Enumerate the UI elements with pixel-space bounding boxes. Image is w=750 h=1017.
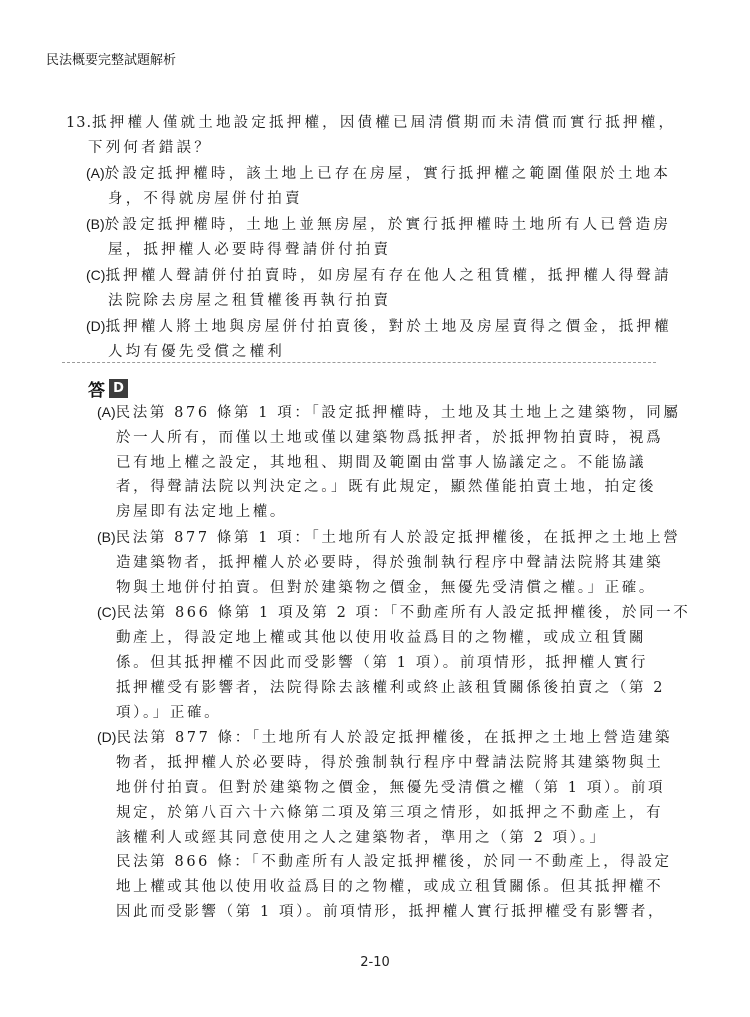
option-text: 於設定抵押權時，該土地上已存在房屋，實行抵押權之範圍僅限於土地本	[105, 166, 671, 182]
explanation: (A)民法第 876 條第 1 項：「設定抵押權時，土地及其土地上之建築物，同屬…	[97, 400, 657, 925]
explanation-line: 因此而受影響（第 1 項）。前項情形，抵押權人實行抵押權受有影響者，	[97, 900, 657, 925]
explanation-line: 已有地上權之設定，其地租、期間及範圍由當事人協議定之。不能協議	[97, 451, 657, 476]
explanation-line: 房屋即有法定地上權。	[97, 500, 657, 525]
explanation-line: 物與土地併付拍賣。但對於建築物之價金，無優先受清償之權。」正確。	[97, 576, 657, 601]
running-header-title: 民法概要完整試題解析	[46, 49, 176, 68]
explanation-label: (A)	[97, 404, 116, 420]
explanation-line: 規定，於第八百六十六條第二項及第三項之情形，如抵押之不動產上，有	[97, 801, 657, 826]
dashed-divider	[62, 362, 656, 363]
question-13: 13.抵押權人僅就土地設定抵押權，因債權已屆清償期而未清償而實行抵押權， 下列何…	[66, 111, 656, 365]
explanation-text: 民法第 877 條：「土地所有人於設定抵押權後，在抵押之土地上營造建築	[116, 730, 672, 746]
explanation-line: 地併付拍賣。但對於建築物之價金，無優先受清償之權（第 1 項）。前項	[97, 776, 657, 801]
explanation-line: 該權利人或經其同意使用之人之建築物者，準用之（第 2 項）。」	[97, 826, 657, 851]
explanation-line: 造建築物者，抵押權人於必要時，得於強制執行程序中聲請法院將其建築	[97, 551, 657, 576]
option-text: 於設定抵押權時，土地上並無房屋，於實行抵押權時土地所有人已營造房	[105, 217, 671, 233]
explanation-text: 民法第 877 條第 1 項：「土地所有人於設定抵押權後，在抵押之土地上營	[116, 530, 681, 546]
explanation-line: 者，得聲請法院以判決定之。」既有此規定，顯然僅能拍賣土地，拍定後	[97, 475, 657, 500]
explanation-item-b: (B)民法第 877 條第 1 項：「土地所有人於設定抵押權後，在抵押之土地上營	[97, 525, 657, 551]
question-stem-text: 抵押權人僅就土地設定抵押權，因債權已屆清償期而未清償而實行抵押權，	[92, 115, 676, 131]
question-stem-line: 13.抵押權人僅就土地設定抵押權，因債權已屆清償期而未清償而實行抵押權，	[66, 111, 656, 136]
option-d: (D)抵押權人將土地與房屋併付拍賣後，對於土地及房屋賣得之價金，抵押權	[66, 314, 656, 340]
option-label: (A)	[86, 165, 105, 181]
explanation-text: 民法第 866 條第 1 項及第 2 項：「不動產所有人設定抵押權後，於同一不	[116, 605, 690, 621]
explanation-item-c: (C)民法第 866 條第 1 項及第 2 項：「不動產所有人設定抵押權後，於同…	[97, 600, 657, 626]
question-stem-line: 下列何者錯誤？	[66, 136, 656, 161]
explanation-line: 地上權或其他以使用收益爲目的之物權，或成立租賃關係。但其抵押權不	[97, 875, 657, 900]
answer-heading: 答 D	[88, 376, 128, 401]
option-a: (A)於設定抵押權時，該土地上已存在房屋，實行抵押權之範圍僅限於土地本	[66, 161, 656, 187]
page-number: 2-10	[0, 955, 750, 970]
explanation-line: 於一人所有，而僅以土地或僅以建築物爲抵押者，於抵押物拍賣時，視爲	[97, 426, 657, 451]
explanation-label: (C)	[97, 604, 116, 620]
option-c: (C)抵押權人聲請併付拍賣時，如房屋有存在他人之租賃權，抵押權人得聲請	[66, 263, 656, 289]
explanation-line: 抵押權受有影響者，法院得除去該權利或終止該租賃關係後拍賣之（第 2	[97, 676, 657, 701]
option-b-continued: 屋，抵押權人必要時得聲請併付拍賣	[66, 238, 656, 263]
question-number: 13.	[66, 115, 92, 131]
explanation-line: 民法第 866 條：「不動產所有人設定抵押權後，於同一不動產上，得設定	[97, 850, 657, 875]
answer-choice-badge: D	[109, 379, 128, 398]
explanation-line: 係。但其抵押權不因此而受影響（第 1 項）。前項情形，抵押權人實行	[97, 651, 657, 676]
option-a-continued: 身，不得就房屋併付拍賣	[66, 187, 656, 212]
explanation-label: (D)	[97, 729, 116, 745]
option-text: 抵押權人聲請併付拍賣時，如房屋有存在他人之租賃權，抵押權人得聲請	[105, 268, 671, 284]
explanation-line: 動產上，得設定地上權或其他以使用收益爲目的之物權，或成立租賃關	[97, 626, 657, 651]
option-c-continued: 法院除去房屋之租賃權後再執行拍賣	[66, 289, 656, 314]
explanation-text: 民法第 876 條第 1 項：「設定抵押權時，土地及其土地上之建築物，同屬	[116, 405, 681, 421]
option-label: (B)	[86, 216, 105, 232]
option-b: (B)於設定抵押權時，土地上並無房屋，於實行抵押權時土地所有人已營造房	[66, 212, 656, 238]
option-text: 抵押權人將土地與房屋併付拍賣後，對於土地及房屋賣得之價金，抵押權	[105, 319, 671, 335]
explanation-line: 物者，抵押權人於必要時，得於強制執行程序中聲請法院將其建築物與土	[97, 751, 657, 776]
explanation-item-d: (D)民法第 877 條：「土地所有人於設定抵押權後，在抵押之土地上營造建築	[97, 725, 657, 751]
explanation-label: (B)	[97, 529, 116, 545]
explanation-line: 項）。」正確。	[97, 701, 657, 726]
explanation-item-a: (A)民法第 876 條第 1 項：「設定抵押權時，土地及其土地上之建築物，同屬	[97, 400, 657, 426]
option-label: (D)	[86, 318, 105, 334]
answer-label: 答	[88, 376, 105, 401]
option-label: (C)	[86, 267, 105, 283]
